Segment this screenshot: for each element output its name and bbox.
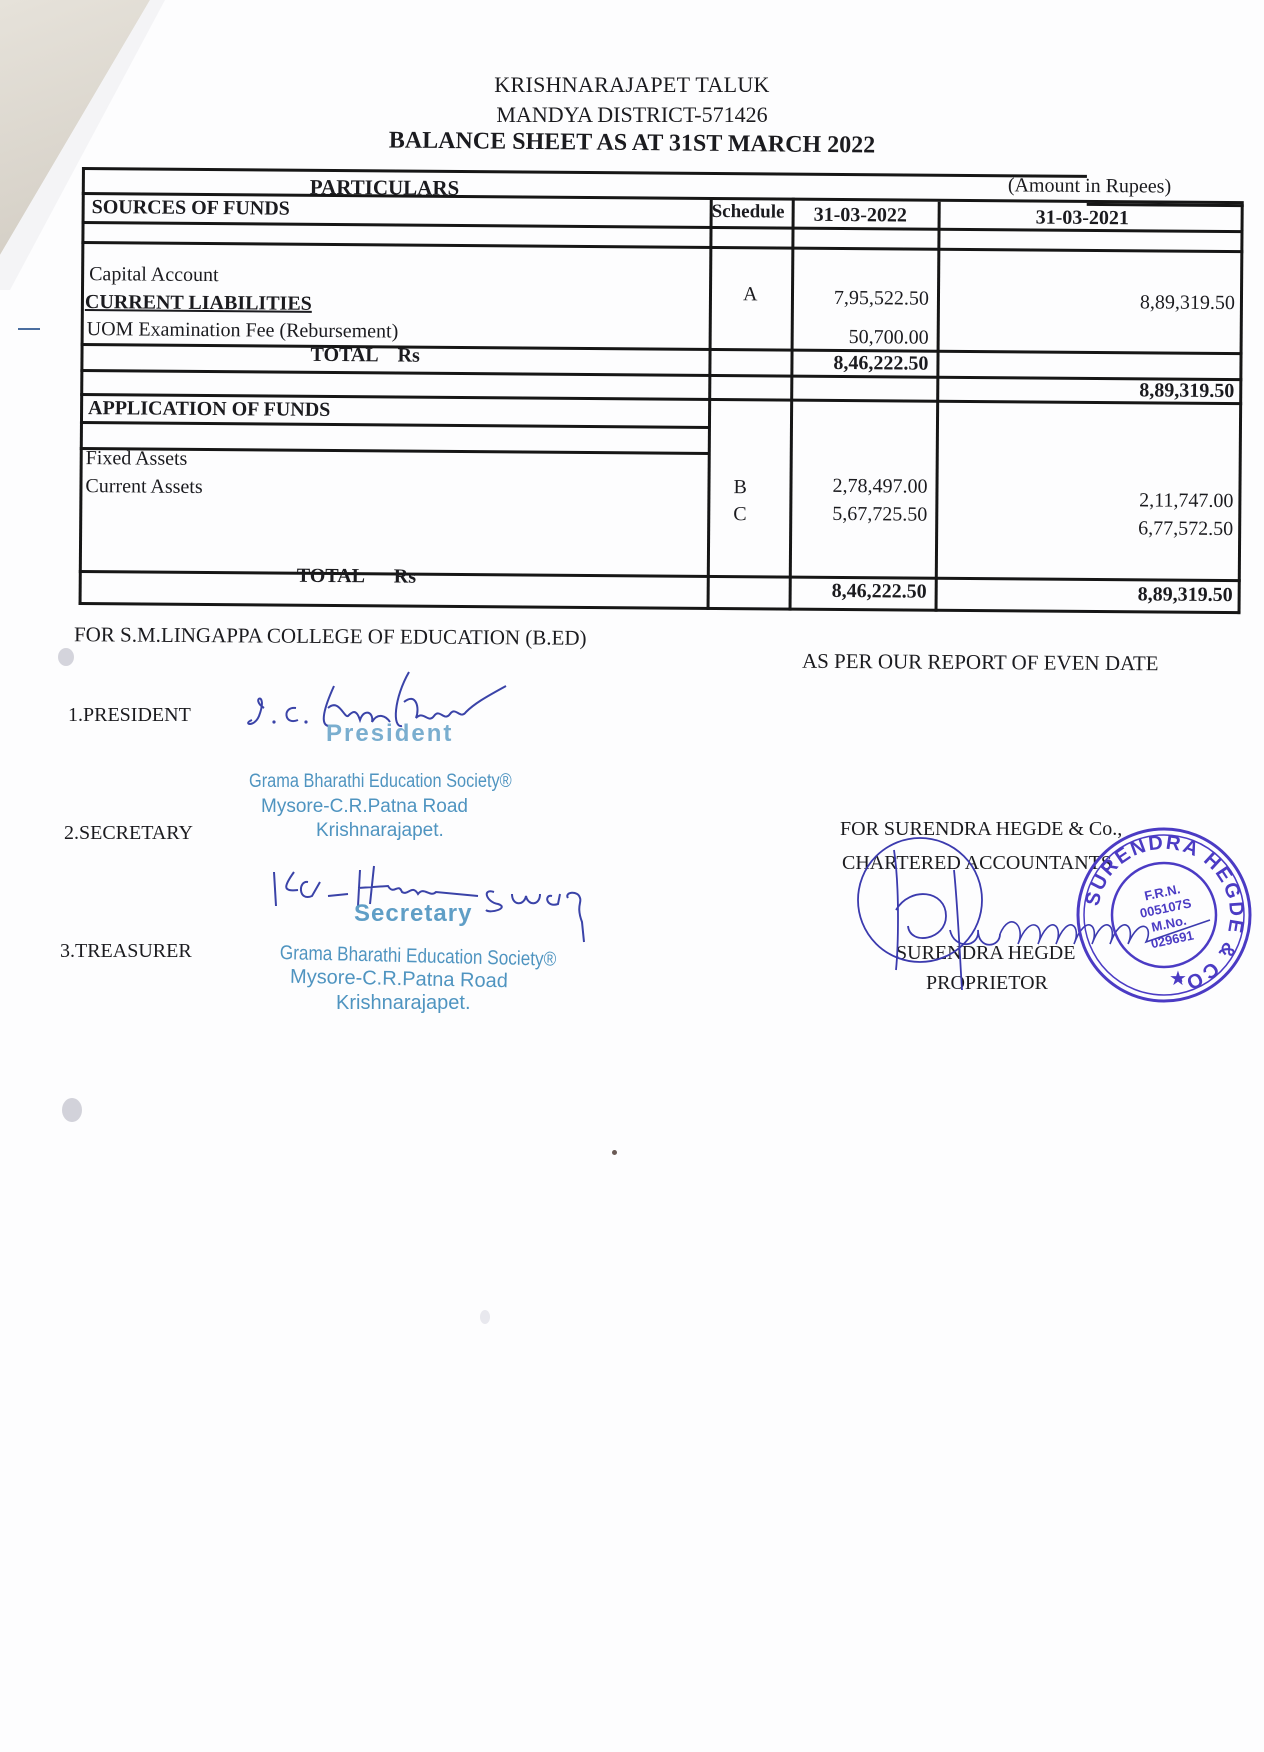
taluk-heading: KRISHNARAJAPET TALUK: [0, 72, 1264, 98]
secretary-seal-title: Secretary: [354, 900, 472, 928]
row-capital-account-label: Capital Account: [89, 263, 219, 287]
row-fixed-assets-label: Fixed Assets: [86, 447, 188, 471]
current-liabilities-heading: CURRENT LIABILITIES: [85, 291, 312, 316]
secretary-label: 2.SECRETARY: [64, 822, 193, 845]
college-signatory-line: FOR S.M.LINGAPPA COLLEGE OF EDUCATION (B…: [74, 622, 587, 651]
treasurer-label: 3.TREASURER: [60, 940, 192, 963]
row-current-assets-schedule: C: [733, 503, 747, 526]
col-previous-year: 31-03-2021: [1036, 207, 1130, 231]
row-uom-fee-current: 50,700.00: [797, 326, 929, 350]
page-title: BALANCE SHEET AS AT 31ST MARCH 2022: [0, 123, 1264, 163]
sources-total-current: 8,46,222.50: [796, 352, 928, 376]
row-capital-account-previous: 8,89,319.50: [943, 290, 1235, 315]
punch-hole-mark: [62, 1098, 82, 1122]
application-total-current: 8,46,222.50: [795, 580, 927, 604]
president-seal-society: Grama Bharathi Education Society®: [249, 771, 512, 793]
balance-sheet-page: KRISHNARAJAPET TALUK MANDYA DISTRICT-571…: [0, 0, 1264, 1752]
col-current-year: 31-03-2022: [814, 204, 908, 228]
star-icon: ★: [1169, 968, 1187, 990]
col-particulars: PARTICULARS: [310, 175, 460, 201]
scan-speck: [480, 1310, 490, 1324]
auditor-stamp: SURENDRA HEGDE & CO. F.R.N. 005107S M.No…: [1064, 815, 1264, 1015]
scan-speck: [612, 1150, 617, 1155]
application-heading: APPLICATION OF FUNDS: [88, 397, 330, 422]
row-fixed-assets-current: 2,78,497.00: [795, 475, 927, 499]
application-total-label: TOTAL Rs: [297, 565, 416, 589]
sources-heading: SOURCES OF FUNDS: [92, 196, 290, 221]
secretary-seal-town: Krishnarajapet.: [336, 992, 471, 1015]
president-label: 1.PRESIDENT: [68, 704, 191, 727]
row-capital-account-schedule: A: [743, 283, 758, 306]
president-seal-town: Krishnarajapet.: [316, 820, 444, 842]
punch-hole-mark: [58, 648, 74, 666]
row-uom-fee-label: UOM Examination Fee (Rebursement): [87, 318, 399, 343]
balance-sheet-table: PARTICULARS (Amount in Rupees) Schedule …: [75, 165, 1248, 619]
application-total-previous: 8,89,319.50: [941, 582, 1233, 607]
row-current-assets-label: Current Assets: [85, 475, 202, 499]
row-capital-account-current: 7,95,522.50: [797, 287, 929, 311]
row-fixed-assets-schedule: B: [733, 476, 747, 499]
row-current-assets-previous: 6,77,572.50: [941, 516, 1233, 541]
president-seal-title: President: [326, 720, 453, 748]
row-fixed-assets-previous: 2,11,747.00: [941, 488, 1233, 513]
president-seal-address: Mysore-C.R.Patna Road: [261, 796, 468, 818]
col-schedule: Schedule: [712, 201, 785, 224]
row-current-assets-current: 5,67,725.50: [795, 503, 927, 527]
audit-report-note: AS PER OUR REPORT OF EVEN DATE: [802, 649, 1159, 676]
sources-total-label: TOTAL Rs: [310, 344, 419, 368]
secretary-seal-address: Mysore-C.R.Patna Road: [290, 966, 508, 994]
amount-note: (Amount in Rupees): [1008, 174, 1171, 198]
sources-total-previous: 8,89,319.50: [942, 378, 1234, 403]
district-heading: MANDYA DISTRICT-571426: [0, 102, 1264, 128]
